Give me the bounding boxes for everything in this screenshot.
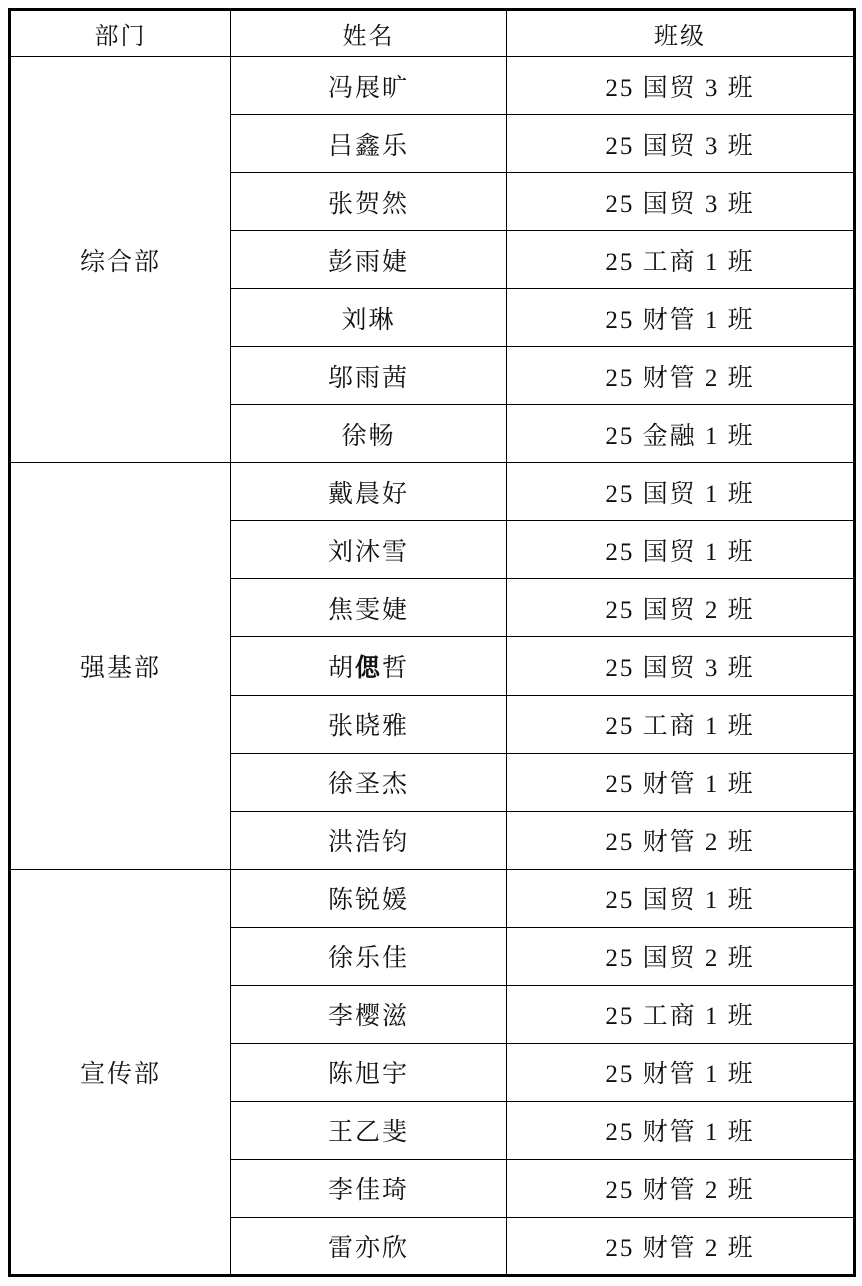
class-cell: 25 国贸 3 班 bbox=[507, 637, 855, 695]
class-cell: 25 国贸 3 班 bbox=[507, 115, 855, 173]
name-cell: 李樱滋 bbox=[231, 985, 507, 1043]
name-cell: 陈旭宇 bbox=[231, 1043, 507, 1101]
name-cell: 张贺然 bbox=[231, 173, 507, 231]
class-cell: 25 财管 1 班 bbox=[507, 1043, 855, 1101]
name-cell: 雷亦欣 bbox=[231, 1217, 507, 1275]
class-cell: 25 国贸 1 班 bbox=[507, 869, 855, 927]
name-character: 胡 bbox=[328, 655, 355, 682]
alt-font-character: 偲 bbox=[355, 654, 382, 682]
class-cell: 25 财管 1 班 bbox=[507, 289, 855, 347]
class-cell: 25 国贸 2 班 bbox=[507, 579, 855, 637]
class-cell: 25 国贸 2 班 bbox=[507, 927, 855, 985]
name-cell: 刘琳 bbox=[231, 289, 507, 347]
department-cell: 强基部 bbox=[10, 463, 231, 869]
name-cell: 胡偲哲 bbox=[231, 637, 507, 695]
class-cell: 25 财管 1 班 bbox=[507, 753, 855, 811]
name-cell: 邬雨茜 bbox=[231, 347, 507, 405]
class-cell: 25 国贸 1 班 bbox=[507, 521, 855, 579]
name-cell: 徐乐佳 bbox=[231, 927, 507, 985]
name-cell: 彭雨婕 bbox=[231, 231, 507, 289]
column-header-name: 姓名 bbox=[231, 10, 507, 57]
column-header-department: 部门 bbox=[10, 10, 231, 57]
name-cell: 徐圣杰 bbox=[231, 753, 507, 811]
name-cell: 吕鑫乐 bbox=[231, 115, 507, 173]
column-header-class: 班级 bbox=[507, 10, 855, 57]
name-cell: 刘沐雪 bbox=[231, 521, 507, 579]
roster-table: 部门 姓名 班级 综合部冯展旷25 国贸 3 班吕鑫乐25 国贸 3 班张贺然2… bbox=[8, 8, 856, 1277]
class-cell: 25 国贸 3 班 bbox=[507, 57, 855, 115]
name-cell: 洪浩钧 bbox=[231, 811, 507, 869]
class-cell: 25 财管 2 班 bbox=[507, 811, 855, 869]
class-cell: 25 工商 1 班 bbox=[507, 231, 855, 289]
name-character: 哲 bbox=[382, 655, 409, 682]
header-row: 部门 姓名 班级 bbox=[10, 10, 855, 57]
department-cell: 综合部 bbox=[10, 57, 231, 463]
table-row: 综合部冯展旷25 国贸 3 班 bbox=[10, 57, 855, 115]
class-cell: 25 工商 1 班 bbox=[507, 985, 855, 1043]
name-cell: 戴晨好 bbox=[231, 463, 507, 521]
class-cell: 25 工商 1 班 bbox=[507, 695, 855, 753]
class-cell: 25 国贸 1 班 bbox=[507, 463, 855, 521]
class-cell: 25 财管 1 班 bbox=[507, 1101, 855, 1159]
class-cell: 25 财管 2 班 bbox=[507, 1217, 855, 1275]
name-cell: 李佳琦 bbox=[231, 1159, 507, 1217]
name-cell: 冯展旷 bbox=[231, 57, 507, 115]
document-page: 部门 姓名 班级 综合部冯展旷25 国贸 3 班吕鑫乐25 国贸 3 班张贺然2… bbox=[0, 0, 862, 1286]
name-cell: 王乙斐 bbox=[231, 1101, 507, 1159]
name-cell: 陈锐媛 bbox=[231, 869, 507, 927]
class-cell: 25 国贸 3 班 bbox=[507, 173, 855, 231]
name-cell: 焦雯婕 bbox=[231, 579, 507, 637]
class-cell: 25 财管 2 班 bbox=[507, 1159, 855, 1217]
class-cell: 25 财管 2 班 bbox=[507, 347, 855, 405]
name-cell: 张晓雅 bbox=[231, 695, 507, 753]
table-row: 强基部戴晨好25 国贸 1 班 bbox=[10, 463, 855, 521]
class-cell: 25 金融 1 班 bbox=[507, 405, 855, 463]
department-cell: 宣传部 bbox=[10, 869, 231, 1275]
table-row: 宣传部陈锐媛25 国贸 1 班 bbox=[10, 869, 855, 927]
name-cell: 徐畅 bbox=[231, 405, 507, 463]
